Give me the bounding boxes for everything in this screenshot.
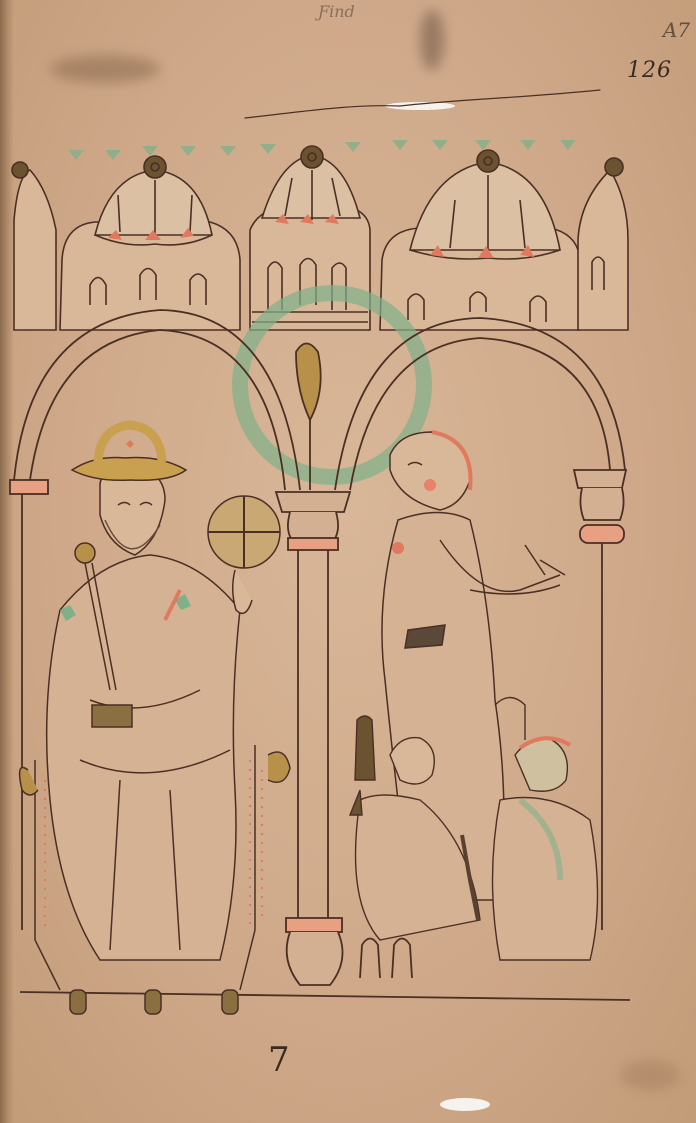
king-figure: [20, 425, 290, 1014]
manuscript-folio: A7 126 Ƒind 7: [0, 0, 696, 1123]
domed-towers: [12, 146, 628, 330]
pen-drawing: [0, 0, 696, 1123]
